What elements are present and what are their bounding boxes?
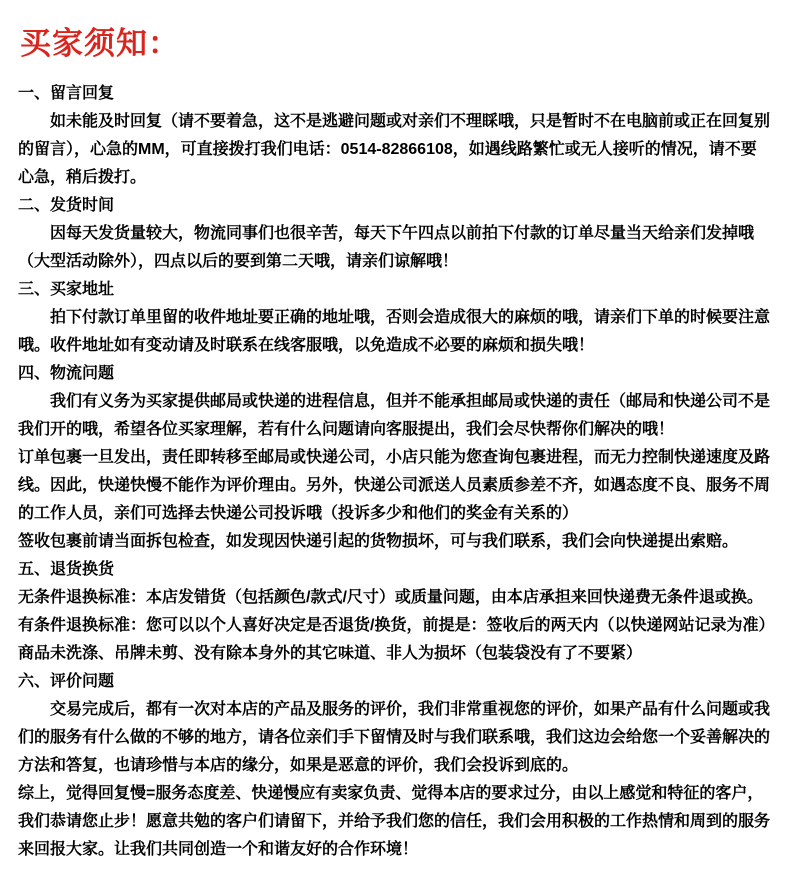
notice-section: 四、物流问题 我们有义务为买家提供邮局或快递的进程信息，但并不能承担邮局或快递的… (18, 360, 772, 556)
section-paragraph: 因每天发货量较大，物流同事们也很辛苦，每天下午四点以前拍下付款的订单尽量当天给亲… (18, 220, 772, 276)
notice-section: 三、买家地址 拍下付款订单里留的收件地址要正确的地址哦，否则会造成很大的麻烦的哦… (18, 276, 772, 360)
section-paragraph: 有条件退换标准：您可以以个人喜好决定是否退货/换货，前提是：签收后的两天内（以快… (18, 612, 772, 668)
section-paragraph: 拍下付款订单里留的收件地址要正确的地址哦，否则会造成很大的麻烦的哦，请亲们下单的… (18, 304, 772, 360)
section-heading: 一、留言回复 (18, 80, 772, 108)
section-heading: 三、买家地址 (18, 276, 772, 304)
section-paragraph: 签收包裹前请当面拆包检查，如发现因快递引起的货物损坏，可与我们联系，我们会向快递… (18, 528, 772, 556)
buyer-notice-document: 买家须知： 一、留言回复 如未能及时回复（请不要着急，这不是逃避问题或对亲们不理… (0, 0, 790, 888)
section-heading: 四、物流问题 (18, 360, 772, 388)
page-title: 买家须知： (20, 26, 772, 62)
notice-section: 五、退货换货 无条件退换标准：本店发错货（包括颜色/款式/尺寸）或质量问题，由本… (18, 556, 772, 668)
section-heading: 二、发货时间 (18, 192, 772, 220)
section-paragraph: 我们有义务为买家提供邮局或快递的进程信息，但并不能承担邮局或快递的责任（邮局和快… (18, 388, 772, 444)
section-paragraph: 订单包裹一旦发出，责任即转移至邮局或快递公司，小店只能为您查询包裹进程，而无力控… (18, 444, 772, 528)
section-heading: 五、退货换货 (18, 556, 772, 584)
notice-section: 一、留言回复 如未能及时回复（请不要着急，这不是逃避问题或对亲们不理睬哦，只是暂… (18, 80, 772, 192)
section-paragraph: 无条件退换标准：本店发错货（包括颜色/款式/尺寸）或质量问题，由本店承担来回快递… (18, 584, 772, 612)
closing-paragraph: 综上，觉得回复慢=服务态度差、快递慢应有卖家负责、觉得本店的要求过分，由以上感觉… (18, 780, 772, 864)
sections-container: 一、留言回复 如未能及时回复（请不要着急，这不是逃避问题或对亲们不理睬哦，只是暂… (18, 80, 772, 780)
notice-section: 六、评价问题 交易完成后，都有一次对本店的产品及服务的评价，我们非常重视您的评价… (18, 668, 772, 780)
section-paragraph: 如未能及时回复（请不要着急，这不是逃避问题或对亲们不理睬哦，只是暂时不在电脑前或… (18, 108, 772, 192)
section-paragraph: 交易完成后，都有一次对本店的产品及服务的评价，我们非常重视您的评价，如果产品有什… (18, 696, 772, 780)
section-heading: 六、评价问题 (18, 668, 772, 696)
notice-section: 二、发货时间 因每天发货量较大，物流同事们也很辛苦，每天下午四点以前拍下付款的订… (18, 192, 772, 276)
